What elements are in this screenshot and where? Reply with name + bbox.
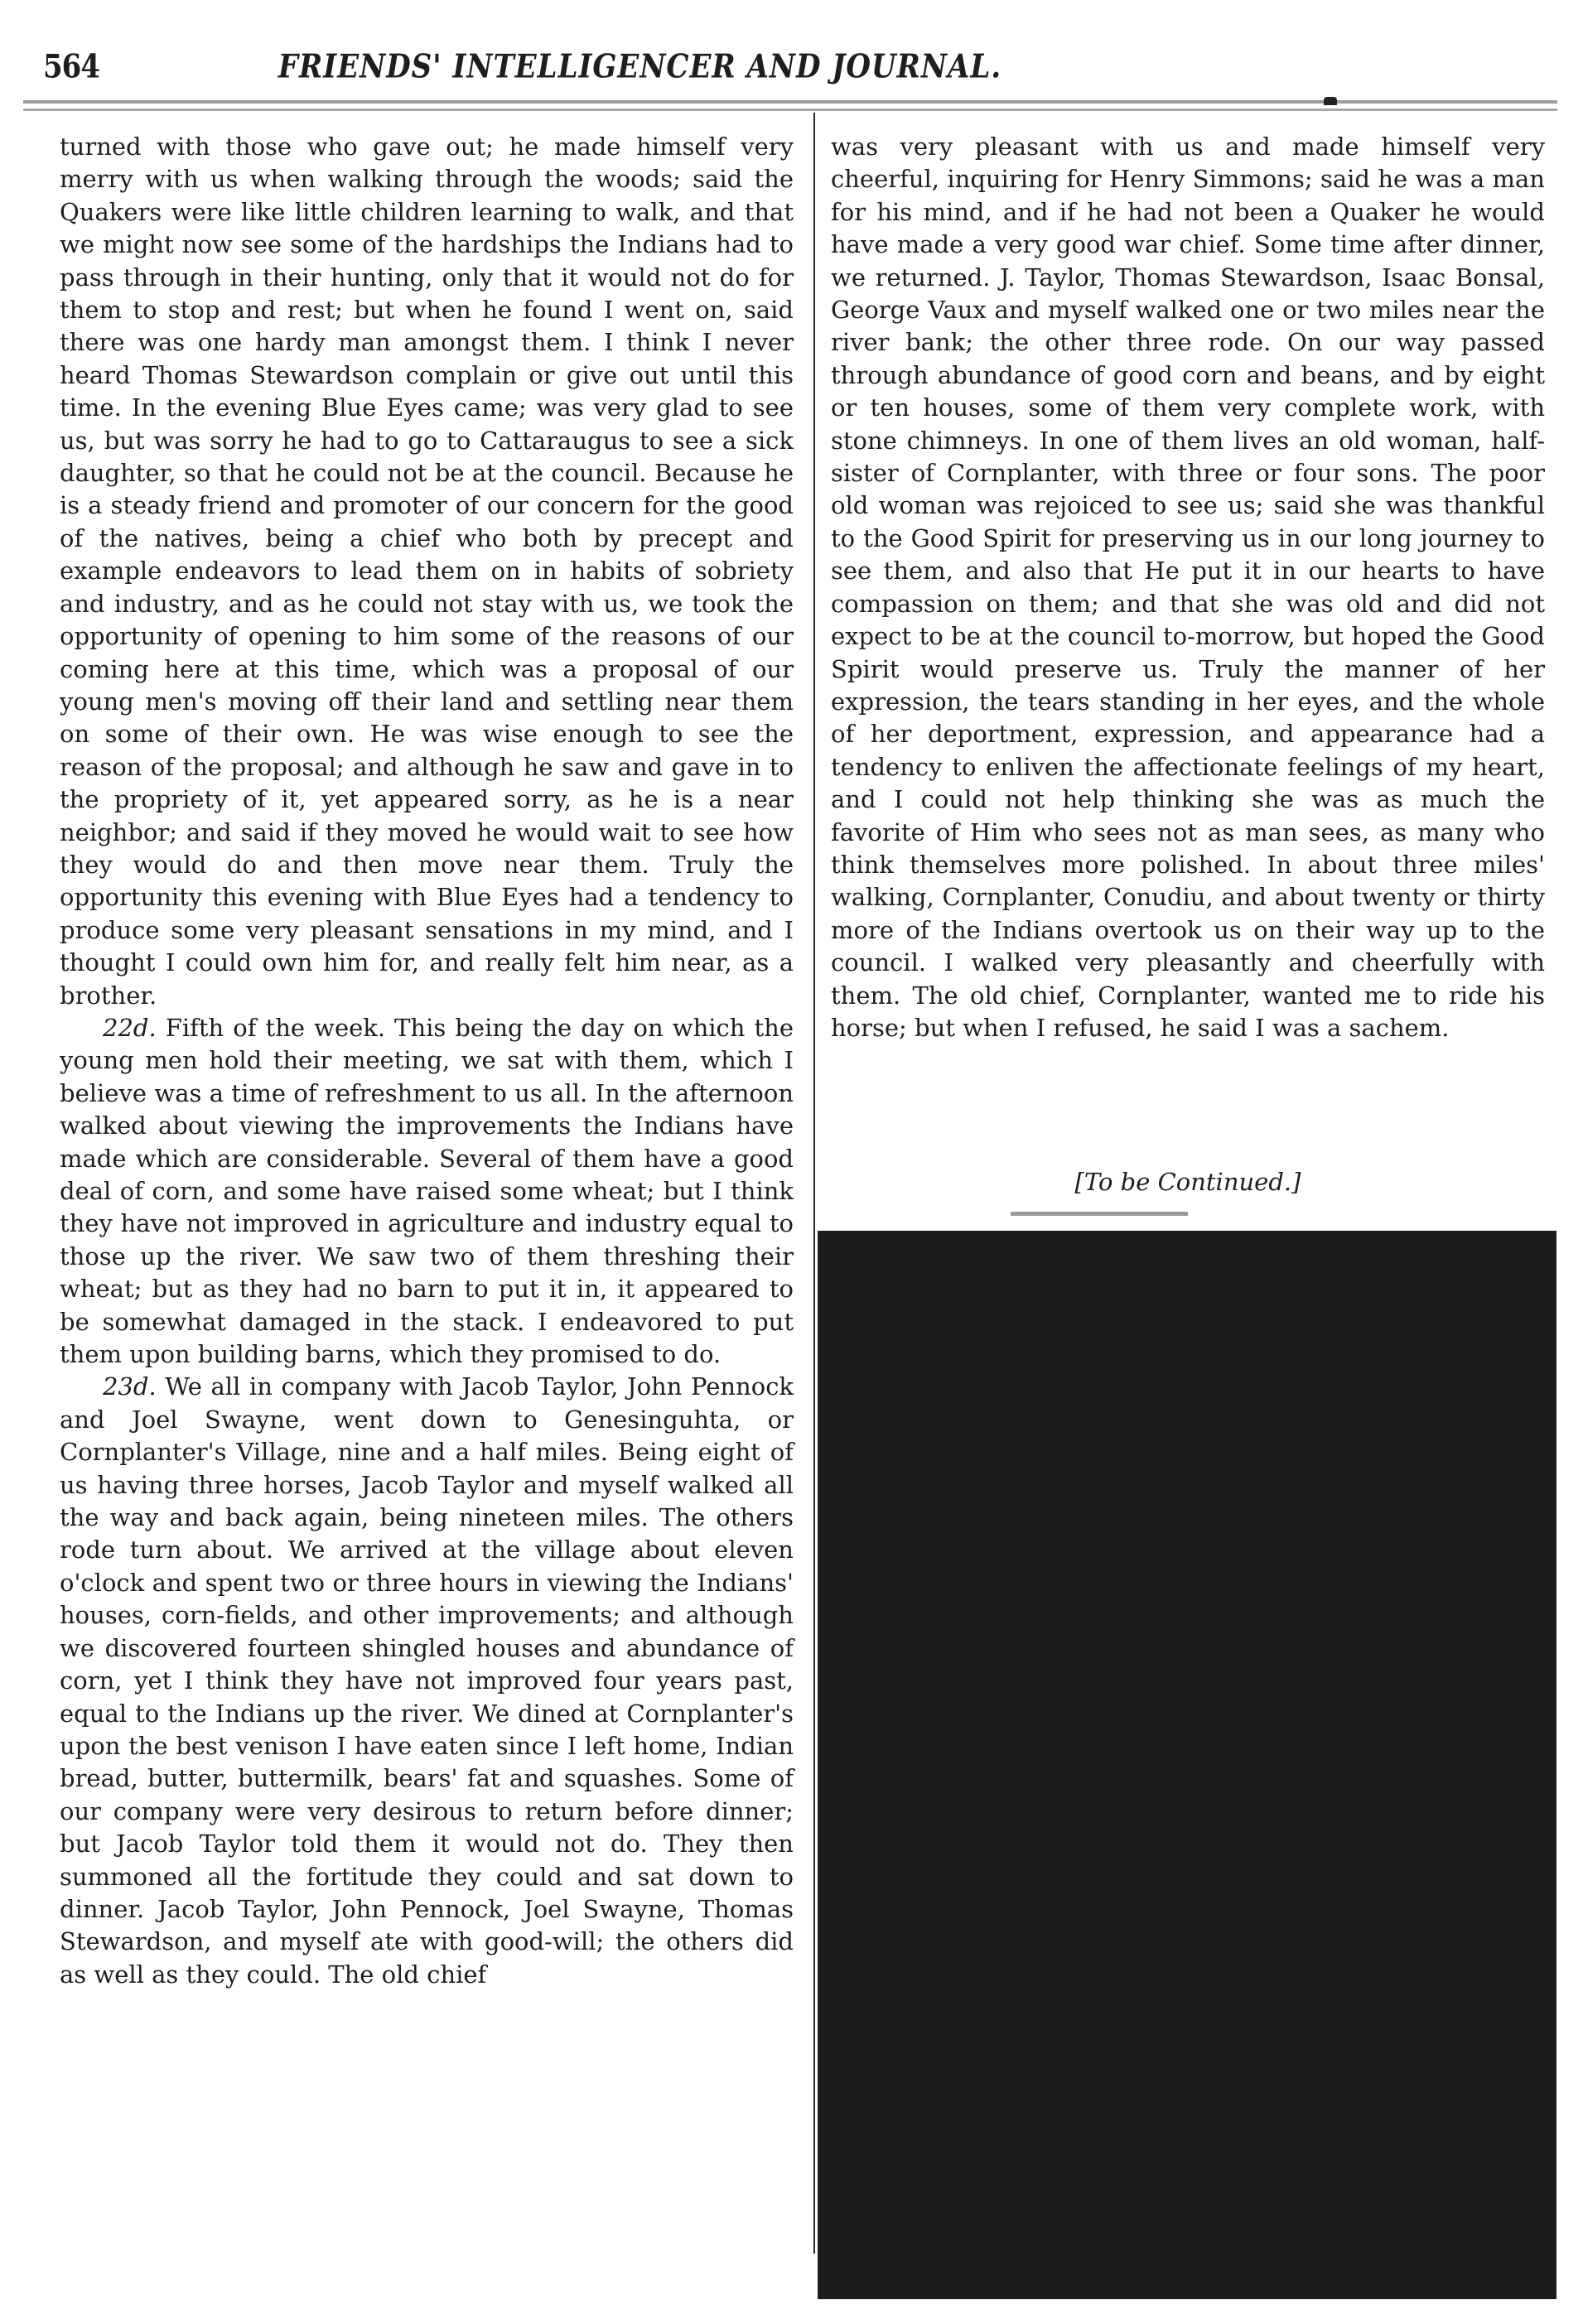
paragraph: 23d. We all in company with Jacob Taylor… [60, 1371, 794, 1991]
continued-note: [To be Continued.] [831, 1168, 1545, 1196]
paragraph-text: We all in company with Jacob Taylor, Joh… [60, 1372, 794, 1988]
page-number: 564 [43, 48, 99, 86]
paragraph-text: turned with those who gave out; he made … [60, 133, 794, 1010]
paragraph: was very pleasant with us and made himse… [831, 131, 1545, 1044]
section-end-rule [1011, 1212, 1188, 1216]
rule-ornament [1324, 97, 1337, 105]
entry-date: 22d. [103, 1014, 157, 1042]
page-header: 564 FRIENDS' INTELLIGENCER AND JOURNAL. [0, 41, 1583, 91]
column-divider [813, 113, 815, 2254]
left-column: turned with those who gave out; he made … [60, 131, 794, 1991]
header-rule-secondary [23, 108, 1557, 111]
journal-title: FRIENDS' INTELLIGENCER AND JOURNAL. [116, 48, 1164, 86]
right-column: was very pleasant with us and made himse… [831, 131, 1545, 1044]
paragraph: 22d. Fifth of the week. This being the d… [60, 1012, 794, 1371]
redaction-box [818, 1231, 1556, 2299]
paragraph-text: was very pleasant with us and made himse… [831, 133, 1545, 1042]
entry-date: 23d. [103, 1372, 157, 1401]
paragraph: turned with those who gave out; he made … [60, 131, 794, 1012]
paragraph-text: Fifth of the week. This being the day on… [60, 1014, 794, 1368]
